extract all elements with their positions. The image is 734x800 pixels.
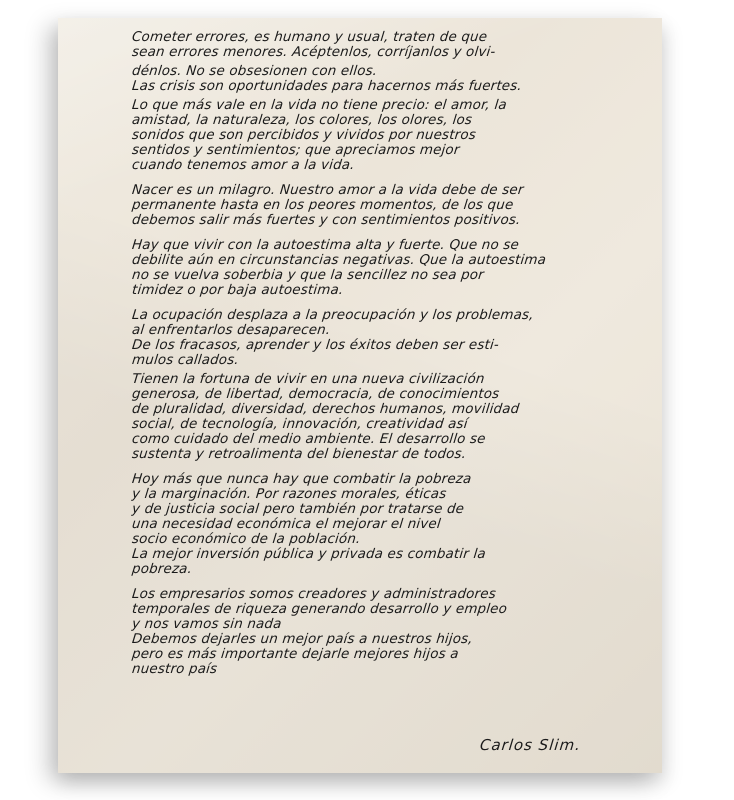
paragraph-8: Los empresarios somos creadores y admini… [132, 587, 652, 677]
text-line: sonidos que son percibidos y vividos por… [131, 128, 653, 143]
text-line: debilite aún en circunstancias negativas… [131, 253, 653, 268]
paragraph-3: Nacer es un milagro. Nuestro amor a la v… [132, 183, 652, 228]
text-line: Hoy más que nunca hay que combatir la po… [131, 472, 653, 487]
text-line: social, de tecnología, innovación, creat… [131, 417, 653, 432]
text-line: pobreza. [131, 562, 653, 577]
paragraph-7: Hoy más que nunca hay que combatir la po… [132, 472, 652, 577]
text-line: y de justicia social pero también por tr… [131, 502, 653, 517]
paragraph-6: Tienen la fortuna de vivir en una nueva … [132, 372, 652, 462]
text-line: mulos callados. [131, 353, 653, 368]
text-line: La ocupación desplaza a la preocupación … [131, 308, 653, 323]
text-line: Las crisis son oportunidades para hacern… [131, 79, 653, 94]
text-line: Los empresarios somos creadores y admini… [131, 587, 653, 602]
text-line: Debemos dejarles un mejor país a nuestro… [131, 632, 653, 647]
text-line: Lo que más vale en la vida no tiene prec… [131, 98, 653, 113]
text-line: al enfrentarlos desaparecen. [131, 323, 653, 338]
signature: Carlos Slim. [479, 736, 582, 754]
text-line: De los fracasos, aprender y los éxitos d… [131, 338, 653, 353]
text-line: pero es más importante dejarle mejores h… [131, 647, 653, 662]
letter-body: Cometer errores, es humano y usual, trat… [132, 30, 652, 677]
text-line: sean errores menores. Acéptenlos, corríj… [131, 45, 653, 60]
text-line: generosa, de libertad, democracia, de co… [131, 387, 653, 402]
text-line: amistad, la naturaleza, los colores, los… [131, 113, 653, 128]
text-line: Cometer errores, es humano y usual, trat… [131, 30, 653, 45]
paragraph-5: La ocupación desplaza a la preocupación … [132, 308, 652, 368]
paragraph-4: Hay que vivir con la autoestima alta y f… [132, 238, 652, 298]
text-line: Nacer es un milagro. Nuestro amor a la v… [131, 183, 653, 198]
text-line: y nos vamos sin nada [131, 617, 653, 632]
text-line: no se vuelva soberbia y que la sencillez… [131, 268, 653, 283]
text-line: socio económico de la población. [131, 532, 653, 547]
text-line: cuando tenemos amor a la vida. [131, 158, 653, 173]
text-line: temporales de riqueza generando desarrol… [131, 602, 653, 617]
text-line: de pluralidad, diversidad, derechos huma… [131, 402, 653, 417]
text-line: sentidos y sentimientos; que apreciamos … [131, 143, 653, 158]
text-line: como cuidado del medio ambiente. El desa… [131, 432, 653, 447]
paragraph-2: Lo que más vale en la vida no tiene prec… [132, 98, 652, 173]
text-line: timidez o por baja autoestima. [131, 283, 653, 298]
text-line: La mejor inversión pública y privada es … [131, 547, 653, 562]
text-line: y la marginación. Por razones morales, é… [131, 487, 653, 502]
text-line: Tienen la fortuna de vivir en una nueva … [131, 372, 653, 387]
text-line: sustenta y retroalimenta del bienestar d… [131, 447, 653, 462]
text-line: Hay que vivir con la autoestima alta y f… [131, 238, 653, 253]
text-line: debemos salir más fuertes y con sentimie… [131, 213, 653, 228]
text-line: una necesidad económica el mejorar el ni… [131, 517, 653, 532]
text-line: dénlos. No se obsesionen con ellos. [131, 64, 653, 79]
text-line: permanente hasta en los peores momentos,… [131, 198, 653, 213]
paragraph-1: Cometer errores, es humano y usual, trat… [132, 30, 652, 94]
text-line: nuestro país [131, 662, 653, 677]
letter-paper: Cometer errores, es humano y usual, trat… [58, 18, 662, 773]
